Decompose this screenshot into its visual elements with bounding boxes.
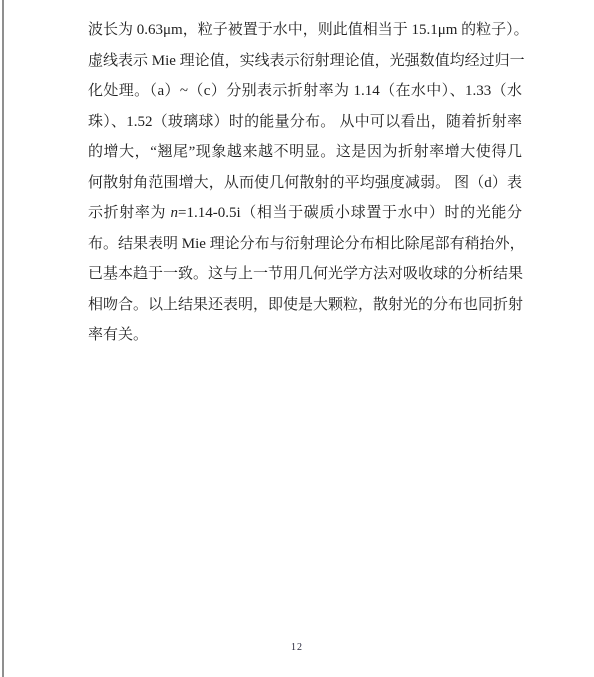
text-line: 波长为 0.63μm，粒子被置于水中，则此值相当于 15.1μm 的粒子）。: [88, 15, 522, 46]
refractive-index-variable: n: [171, 205, 179, 221]
text-line: 珠）、1.52（玻璃球）时的能量分布。 从中可以看出，随着折射率: [88, 107, 522, 138]
text-segment: 示折射率为: [88, 205, 171, 221]
body-text: 波长为 0.63μm，粒子被置于水中，则此值相当于 15.1μm 的粒子）。 虚…: [88, 15, 522, 351]
page-left-edge: [2, 0, 4, 677]
text-line: 率有关。: [88, 320, 522, 351]
text-line: 何散射角范围增大，从而使几何散射的平均强度减弱。 图（d）表: [88, 168, 522, 199]
text-line: 的增大，“翘尾”现象越来越不明显。这是因为折射率增大使得几: [88, 137, 522, 168]
text-line: 已基本趋于一致。这与上一节用几何光学方法对吸收球的分析结果: [88, 259, 522, 290]
text-segment: =1.14-0.5i（相当于碳质小球置于水中）时的光能分: [178, 205, 522, 221]
text-line: 相吻合。以上结果还表明，即使是大颗粒，散射光的分布也同折射: [88, 290, 522, 321]
page-number: 12: [0, 642, 594, 653]
text-line: 布。结果表明 Mie 理论分布与衍射理论分布相比除尾部有稍抬外，: [88, 229, 522, 260]
text-line: 虚线表示 Mie 理论值，实线表示衍射理论值，光强数值均经过归一: [88, 46, 522, 77]
text-line: 示折射率为 n=1.14-0.5i（相当于碳质小球置于水中）时的光能分: [88, 198, 522, 229]
text-line: 化处理。（a）~（c）分别表示折射率为 1.14（在水中）、1.33（水: [88, 76, 522, 107]
